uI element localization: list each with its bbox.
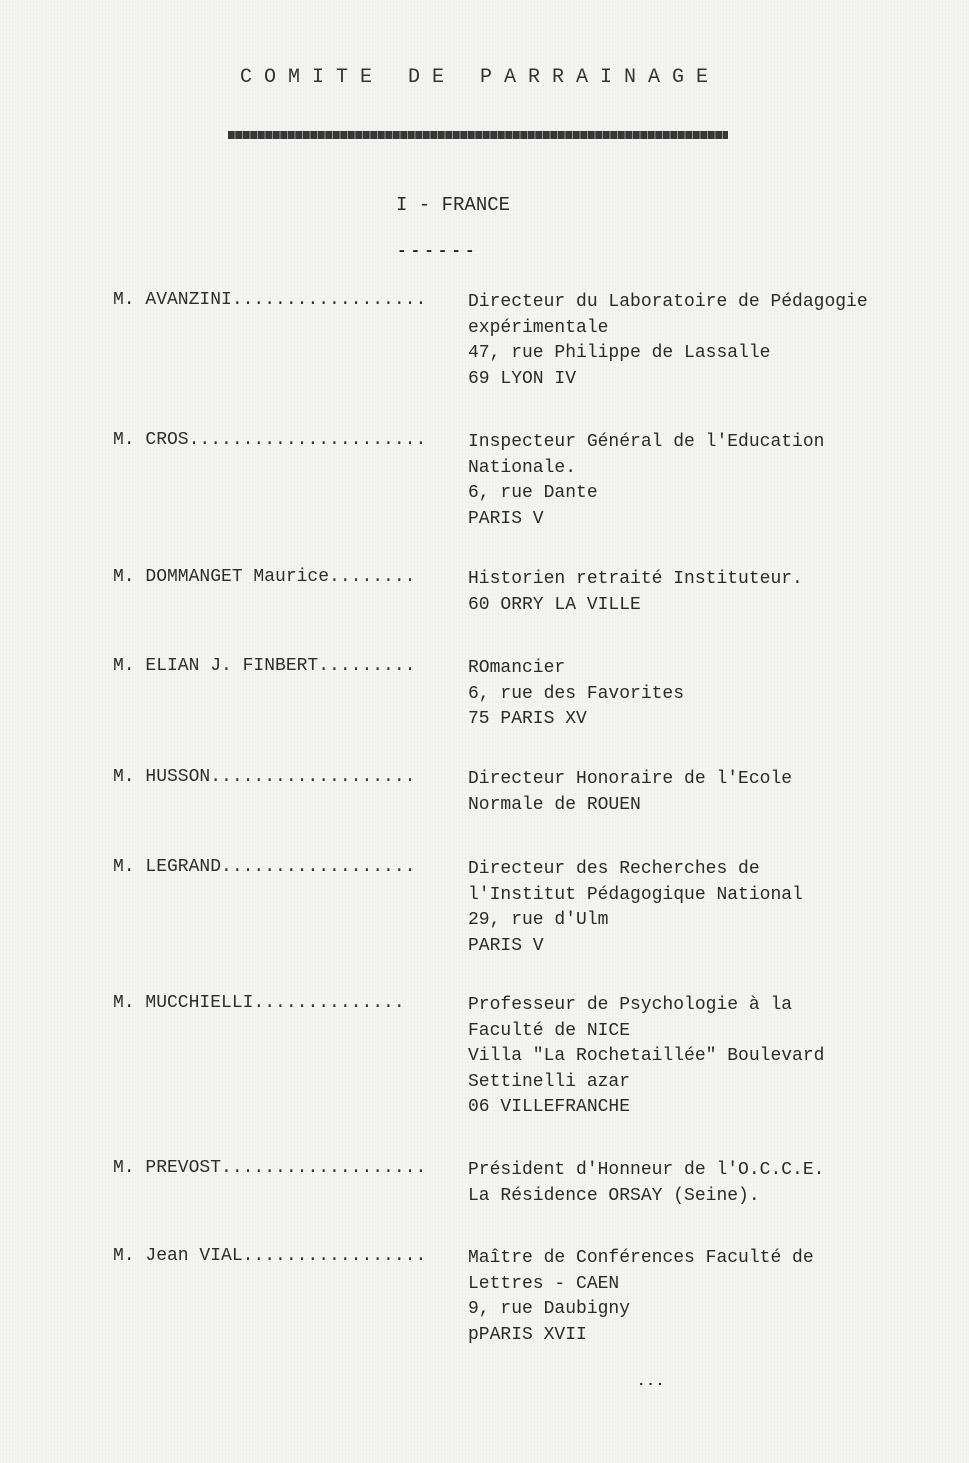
continuation-mark: ...: [637, 1374, 665, 1390]
dot-leader: ...................: [210, 767, 415, 787]
sponsor-name: M. MUCCHIELLI..............: [113, 993, 443, 1013]
sponsor-name-text: M. LEGRAND: [113, 857, 221, 877]
sponsor-details: Maître de Conférences Faculté deLettres …: [468, 1246, 938, 1348]
detail-line: PARIS V: [468, 507, 938, 533]
detail-line: Directeur du Laboratoire de Pédagogie: [468, 290, 938, 316]
detail-line: PARIS V: [468, 934, 938, 960]
detail-line: 75 PARIS XV: [468, 707, 938, 733]
sponsor-details: Inspecteur Général de l'EducationNationa…: [468, 430, 938, 532]
document-title: COMITE DE PARRAINAGE: [0, 66, 960, 89]
detail-line: Villa "La Rochetaillée" Boulevard: [468, 1044, 938, 1070]
detail-line: Lettres - CAEN: [468, 1272, 938, 1298]
section-underline: ------: [397, 242, 479, 260]
detail-line: 69 LYON IV: [468, 367, 938, 393]
dot-leader: ......................: [189, 430, 427, 450]
title-underline: [228, 131, 728, 139]
detail-line: Professeur de Psychologie à la: [468, 993, 938, 1019]
detail-line: Inspecteur Général de l'Education: [468, 430, 938, 456]
section-title: I - FRANCE: [396, 194, 510, 216]
detail-line: 9, rue Daubigny: [468, 1297, 938, 1323]
dot-leader: ..................: [232, 290, 426, 310]
sponsor-name-text: M. AVANZINI: [113, 290, 232, 310]
sponsor-details: Président d'Honneur de l'O.C.C.E.La Rési…: [468, 1158, 938, 1209]
sponsor-name-text: M. ELIAN J. FINBERT: [113, 656, 318, 676]
dot-leader: ........: [329, 567, 415, 587]
sponsor-name-text: M. PREVOST: [113, 1158, 221, 1178]
dot-leader: ..................: [221, 857, 415, 877]
detail-line: Normale de ROUEN: [468, 793, 938, 819]
detail-line: La Résidence ORSAY (Seine).: [468, 1184, 938, 1210]
detail-line: 06 VILLEFRANCHE: [468, 1095, 938, 1121]
detail-line: pPARIS XVII: [468, 1323, 938, 1349]
sponsor-details: Historien retraité Instituteur.60 ORRY L…: [468, 567, 938, 618]
sponsor-name: M. CROS......................: [113, 430, 443, 450]
detail-line: 6, rue des Favorites: [468, 682, 938, 708]
dot-leader: .........: [318, 656, 415, 676]
sponsor-details: ROmancier6, rue des Favorites75 PARIS XV: [468, 656, 938, 733]
detail-line: Settinelli azar: [468, 1070, 938, 1096]
detail-line: Maître de Conférences Faculté de: [468, 1246, 938, 1272]
detail-line: Directeur des Recherches de: [468, 857, 938, 883]
detail-line: Président d'Honneur de l'O.C.C.E.: [468, 1158, 938, 1184]
detail-line: 60 ORRY LA VILLE: [468, 593, 938, 619]
sponsor-name-text: M. HUSSON: [113, 767, 210, 787]
sponsor-name: M. Jean VIAL.................: [113, 1246, 443, 1266]
sponsor-details: Directeur du Laboratoire de Pédagogieexp…: [468, 290, 938, 392]
sponsor-name-text: M. Jean VIAL: [113, 1246, 243, 1266]
sponsor-name-text: M. MUCCHIELLI: [113, 993, 253, 1013]
detail-line: 6, rue Dante: [468, 481, 938, 507]
sponsor-name: M. ELIAN J. FINBERT.........: [113, 656, 443, 676]
detail-line: 29, rue d'Ulm: [468, 908, 938, 934]
sponsor-name-text: M. CROS: [113, 430, 189, 450]
sponsor-name: M. HUSSON...................: [113, 767, 443, 787]
document-page: COMITE DE PARRAINAGE I - FRANCE ------ M…: [0, 0, 969, 1463]
sponsor-name: M. AVANZINI..................: [113, 290, 443, 310]
detail-line: Faculté de NICE: [468, 1019, 938, 1045]
dot-leader: ...................: [221, 1158, 426, 1178]
detail-line: l'Institut Pédagogique National: [468, 883, 938, 909]
detail-line: Nationale.: [468, 456, 938, 482]
detail-line: Directeur Honoraire de l'Ecole: [468, 767, 938, 793]
detail-line: 47, rue Philippe de Lassalle: [468, 341, 938, 367]
dot-leader: ..............: [253, 993, 404, 1013]
detail-line: Historien retraité Instituteur.: [468, 567, 938, 593]
detail-line: ROmancier: [468, 656, 938, 682]
detail-line: expérimentale: [468, 316, 938, 342]
sponsor-name-text: M. DOMMANGET Maurice: [113, 567, 329, 587]
dot-leader: .................: [243, 1246, 427, 1266]
sponsor-name: M. LEGRAND..................: [113, 857, 443, 877]
sponsor-details: Directeur des Recherches del'Institut Pé…: [468, 857, 938, 959]
sponsor-details: Directeur Honoraire de l'EcoleNormale de…: [468, 767, 938, 818]
sponsor-name: M. DOMMANGET Maurice........: [113, 567, 443, 587]
sponsor-details: Professeur de Psychologie à laFaculté de…: [468, 993, 938, 1121]
sponsor-name: M. PREVOST...................: [113, 1158, 443, 1178]
